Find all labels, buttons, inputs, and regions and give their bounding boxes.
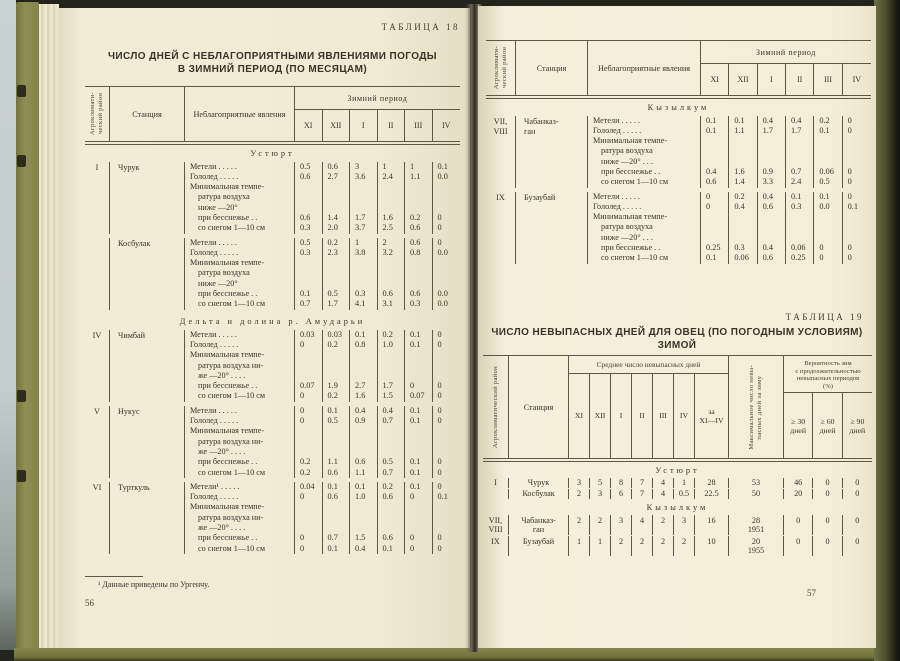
value-cell: 0.06 (729, 253, 757, 263)
month-header: I (350, 110, 378, 141)
value-cell: 3 (350, 162, 378, 172)
district-header: Агроклимати- ческий район (89, 92, 105, 135)
value-cell: 0.1 (729, 116, 757, 126)
avg-value-cell: 2 (632, 536, 653, 556)
value-cell: 0.4 (729, 202, 757, 212)
month-header: IV (433, 110, 461, 141)
value-cell: 0.03 (295, 330, 323, 340)
book-cover-right (874, 0, 900, 661)
value-cell: 0.6 (295, 213, 323, 223)
value-cell: 1.7 (378, 381, 406, 391)
value-cell (350, 426, 378, 457)
phenomenon-label: при бесснежье . . (593, 167, 700, 177)
phenomenon-label: Метели . . . . . (190, 162, 294, 172)
phenomenon-label: же —20° . . . . (190, 371, 294, 381)
value-cell: 0.5 (295, 238, 323, 248)
value-cell: 2.7 (323, 172, 351, 182)
phenomenon-cell: Гололед . . . . . (185, 416, 295, 426)
probability-cell: 0 (813, 489, 842, 499)
max-days-cell: 281951 (729, 515, 784, 535)
winter-period-header: Зимний период (295, 87, 460, 110)
value-cell: 0.5 (323, 289, 351, 299)
phenomenon-label: Гололед . . . . . (190, 340, 294, 350)
page-number-left: 56 (85, 598, 94, 608)
probability-cell: 0 (813, 478, 842, 488)
phenomenon-cell: Гололед . . . . . (588, 126, 701, 136)
station-row: VII,VIIIЧабанказ-ган22342316281951000 (483, 515, 872, 535)
phenomenon-cell: при бесснежье . . (185, 289, 295, 299)
station-cell: Чабанказ-ган (516, 116, 588, 188)
value-cell: 0 (814, 253, 842, 263)
district-label: VIII (486, 127, 515, 137)
value-cell: 0 (433, 533, 461, 543)
value-cell: 0 (843, 192, 871, 202)
value-cell (405, 502, 433, 533)
prob-unit: дней (849, 426, 865, 435)
value-cell: 0.7 (378, 468, 406, 478)
value-cell (378, 182, 406, 213)
station-row: IЧурук35874128534600 (483, 478, 872, 488)
value-cell: 1 (405, 162, 433, 172)
avg-value-cell: 2 (674, 536, 695, 556)
month-headers: XI XII I II III IV (701, 64, 871, 95)
station-label: ган (524, 127, 587, 137)
avg-value-cell: 7 (632, 489, 653, 499)
value-cell (378, 426, 406, 457)
value-cell: 0.5 (378, 457, 406, 467)
probability-cell: 0 (813, 536, 842, 556)
prob-60-header: ≥ 60 дней (813, 393, 842, 458)
spine-stitch (17, 155, 26, 167)
phenomenon-label: ратура воздуха (593, 146, 700, 156)
max-days-value: 53 (729, 478, 783, 488)
value-cell (295, 426, 323, 457)
value-cell: 0.06 (814, 167, 842, 177)
phenomenon-cell: со снегом 1—10 см (185, 299, 295, 309)
value-cell: 2.4 (786, 177, 814, 187)
avg-days-group: Среднее число невыпасных дней XI XII I I… (569, 356, 729, 458)
phenomena-row: Метели . . . . .0.50.63110.1 (185, 162, 460, 172)
phenomenon-label: Гололед . . . . . (190, 248, 294, 258)
value-cell: 0.9 (758, 167, 786, 177)
value-cell: 0.4 (786, 116, 814, 126)
phenomenon-cell: со снегом 1—10 см (185, 544, 295, 554)
station-header: Станция (509, 356, 569, 458)
phenomenon-label: ниже —20° (190, 279, 294, 289)
avg-value-cell: 2 (611, 536, 632, 556)
value-cell: 1.7 (786, 126, 814, 136)
avg-value-cell: 2 (569, 515, 590, 535)
max-year-label: 1951 (729, 525, 783, 535)
value-cell (433, 182, 461, 213)
value-cell: 0.1 (405, 340, 433, 350)
district-cell: VII,VIII (483, 515, 509, 535)
phenomenon-label: при бесснежье . . (593, 243, 700, 253)
section-heading: Устюрт (85, 146, 460, 160)
section-heading: Дельта и долина р. Амударьи (85, 314, 460, 328)
right-page: Агроклимати- ческий район Станция Неблаг… (478, 6, 876, 648)
value-cell: 0.25 (786, 253, 814, 263)
value-cell (295, 502, 323, 533)
station-label: Косбулак (509, 489, 568, 499)
value-cell: 0 (433, 330, 461, 340)
prob-threshold: ≥ 90 (850, 417, 864, 426)
phenomenon-cell: Метели . . . . . (185, 330, 295, 340)
phenomena-header: Неблагоприятные явления (185, 87, 295, 141)
prob-unit: дней (790, 426, 806, 435)
month-header: XII (729, 64, 757, 95)
phenomena-row: со снегом 1—10 см0.71.74.13.10.30.0 (185, 299, 460, 309)
value-cell (786, 136, 814, 167)
district-label: VII, (486, 117, 515, 127)
table-18: Агроклимати- ческий район Станция Неблаг… (85, 86, 460, 558)
value-cell (433, 258, 461, 289)
value-cell: 0.1 (843, 202, 871, 212)
value-cell: 0 (843, 243, 871, 253)
value-cell: 0.8 (350, 340, 378, 350)
avg-value-cell: 7 (632, 478, 653, 488)
phenomenon-cell: Минимальная темпе-ратура воздуханиже —20… (185, 258, 295, 289)
value-cell: 1.7 (758, 126, 786, 136)
value-cell: 0.3 (729, 243, 757, 253)
table-18-continued: Агроклимати- ческий район Станция Неблаг… (486, 40, 871, 268)
value-cell: 0.6 (378, 289, 406, 299)
value-cell: 0 (433, 213, 461, 223)
value-cell: 0.6 (405, 238, 433, 248)
value-cell: 0.2 (323, 238, 351, 248)
value-cell: 2.7 (350, 381, 378, 391)
month-header: III (653, 374, 674, 458)
value-cell: 2.5 (378, 223, 406, 233)
value-cell (786, 212, 814, 243)
value-cell (405, 426, 433, 457)
phenomenon-label: при бесснежье . . (190, 533, 294, 543)
value-cell: 0.1 (701, 116, 729, 126)
value-cell: 0.1 (323, 406, 351, 416)
phenomenon-label: ниже —20° (190, 203, 294, 213)
station-cell: Бузаубай (509, 536, 569, 556)
value-cell: 0.1 (350, 330, 378, 340)
value-cell: 0.6 (323, 492, 351, 502)
value-cell (405, 182, 433, 213)
phenomena-row: при бесснежье . .00.71.50.600 (185, 533, 460, 543)
probability-cell: 0 (843, 478, 872, 488)
phenomenon-label: Минимальная темпе- (190, 350, 294, 360)
value-cell: 0.1 (378, 544, 406, 554)
value-cell (843, 136, 871, 167)
phenomena-rows: Метели . . . . .0.030.030.10.20.10Гололе… (185, 330, 460, 402)
value-cell: 1.6 (729, 167, 757, 177)
station-label: Чабанказ- (509, 516, 568, 526)
district-label: I (85, 163, 109, 173)
footnote-rule (85, 576, 143, 577)
probability-group: Вероятность зим с продолжительностью нев… (784, 356, 872, 458)
phenomenon-label: при бесснежье . . (190, 457, 294, 467)
district-header-line: Агроклимати- (493, 46, 501, 89)
value-cell: 0 (295, 416, 323, 426)
month-header: III (405, 110, 433, 141)
phenomena-row: Метели¹ . . . . .0.040.10.10.20.10 (185, 482, 460, 492)
value-cell: 1.7 (323, 299, 351, 309)
winter-period-group: Зимний период XI XII I II III IV (701, 41, 871, 95)
value-cell: 0.0 (433, 248, 461, 258)
probability-cell: 46 (784, 478, 813, 488)
value-cell: 1.7 (350, 213, 378, 223)
value-cell (350, 182, 378, 213)
avg-value-cell: 0.5 (674, 489, 695, 499)
value-cell: 1.4 (729, 177, 757, 187)
value-cell: 0.1 (405, 482, 433, 492)
spine-stitch (17, 390, 26, 402)
avg-value-cell: 1 (674, 478, 695, 488)
phenomena-row: Гололед . . . . .00.61.00.600.1 (185, 492, 460, 502)
phenomena-header: Неблагоприятные явления (588, 41, 701, 95)
phenomenon-label: со снегом 1—10 см (190, 544, 294, 554)
month-header: I (611, 374, 632, 458)
district-header: Агроклиматический район (492, 366, 500, 448)
station-group: VНукусМетели . . . . .00.10.40.40.10Голо… (85, 406, 460, 478)
prob-unit: дней (820, 426, 836, 435)
probability-cell: 0 (784, 515, 813, 535)
value-cell: 3.3 (758, 177, 786, 187)
phenomena-row: Минимальная темпе-ратура воздуханиже —20… (185, 258, 460, 289)
station-cell: Чурук (110, 162, 185, 234)
avg-value-cell: 1 (569, 536, 590, 556)
value-cell: 0.6 (405, 223, 433, 233)
station-header: Станция (110, 87, 185, 141)
month-header: I (758, 64, 786, 95)
book-edge-left (0, 0, 16, 650)
phenomena-row: Минимальная темпе-ратура воздуханиже —20… (588, 136, 871, 167)
district-header-line: ческий район (501, 46, 509, 89)
avg-value-cell: 4 (653, 478, 674, 488)
table-19-header: Агроклиматический район Станция Среднее … (483, 355, 872, 459)
book-cover-bottom (14, 648, 882, 661)
value-cell: 0.6 (758, 202, 786, 212)
station-group: VIТурткульМетели¹ . . . . .0.040.10.10.2… (85, 482, 460, 554)
value-cell: 0 (405, 544, 433, 554)
month-header: II (632, 374, 653, 458)
phenomena-row: со снегом 1—10 см0.61.43.32.40.50 (588, 177, 871, 187)
station-label: Бузаубай (524, 193, 587, 203)
max-year-label: 1955 (729, 546, 783, 556)
district-cell: I (85, 162, 110, 234)
station-group: IVЧимбайМетели . . . . .0.030.030.10.20.… (85, 330, 460, 402)
district-header: Агроклимати- ческий район (493, 46, 509, 89)
value-cell: 1.1 (405, 172, 433, 182)
value-cell: 1.5 (350, 533, 378, 543)
value-cell: 0 (295, 391, 323, 401)
phenomenon-cell: при бесснежье . . (185, 213, 295, 223)
page-edges (39, 4, 59, 650)
phenomenon-label: со снегом 1—10 см (190, 468, 294, 478)
district-cell (483, 489, 509, 499)
phenomenon-label: Метели . . . . . (190, 406, 294, 416)
phenomenon-label: Гололед . . . . . (593, 126, 700, 136)
phenomenon-label: Гололед . . . . . (593, 202, 700, 212)
max-days-cell: 50 (729, 489, 784, 499)
probability-label-line: невыпасных периодов (786, 375, 870, 383)
phenomenon-cell: Минимальная темпе-ратура воздуханиже —20… (185, 182, 295, 213)
phenomena-row: Минимальная темпе-ратура воздуханиже —20… (588, 212, 871, 243)
phenomena-row: Метели . . . . .0.50.2120.60 (185, 238, 460, 248)
station-group: IXБузаубайМетели . . . . .00.20.40.10.10… (486, 192, 871, 264)
phenomenon-cell: при бесснежье . . (185, 381, 295, 391)
value-cell: 2.3 (323, 248, 351, 258)
avg-value-cell: 3 (674, 515, 695, 535)
phenomenon-label: Гололед . . . . . (190, 492, 294, 502)
value-cell (405, 258, 433, 289)
district-header-cell: Агроклимати- ческий район (85, 87, 110, 141)
phenomena-row: Минимальная темпе-ратура воздуха ни-же —… (185, 350, 460, 381)
value-cell (758, 136, 786, 167)
station-group: КосбулакМетели . . . . .0.50.2120.60Голо… (85, 238, 460, 310)
avg-value-cell: 1 (590, 536, 611, 556)
value-cell: 0 (843, 167, 871, 177)
phenomena-rows: Метели . . . . .00.10.40.40.10Гололед . … (185, 406, 460, 478)
max-days-header-line: Максимальное число невы- (748, 365, 756, 450)
value-cell: 1.1 (350, 468, 378, 478)
book-spine (16, 2, 39, 654)
avg-value-cell: 6 (611, 489, 632, 499)
month-header: XI (295, 110, 323, 141)
value-cell: 0.6 (323, 162, 351, 172)
value-cell: 0 (701, 192, 729, 202)
value-cell: 0.0 (433, 172, 461, 182)
district-label: V (85, 407, 109, 417)
station-label: Косбулак (118, 239, 184, 249)
value-cell: 0 (433, 381, 461, 391)
value-cell: 0.6 (378, 492, 406, 502)
table-19-title-line1: ЧИСЛО НЕВЫПАСНЫХ ДНЕЙ ДЛЯ ОВЕЦ (ПО ПОГОД… (480, 326, 874, 339)
section-heading: Кызылкум (486, 100, 871, 114)
table-18-title-line1: ЧИСЛО ДНЕЙ С НЕБЛАГОПРИЯТНЫМИ ЯВЛЕНИЯМИ … (85, 50, 460, 63)
phenomenon-label: ратура воздуха ни- (190, 361, 294, 371)
value-cell: 0.1 (433, 492, 461, 502)
phenomenon-label: Минимальная темпе- (593, 136, 700, 146)
phenomenon-cell: со снегом 1—10 см (185, 468, 295, 478)
value-cell (814, 212, 842, 243)
phenomenon-cell: при бесснежье . . (185, 457, 295, 467)
phenomenon-label: при бесснежье . . (190, 213, 294, 223)
value-cell: 0 (843, 253, 871, 263)
phenomena-row: Метели . . . . .0.10.10.40.40.20 (588, 116, 871, 126)
table-18-title: ЧИСЛО ДНЕЙ С НЕБЛАГОПРИЯТНЫМИ ЯВЛЕНИЯМИ … (85, 50, 460, 76)
value-cell: 0 (433, 340, 461, 350)
phenomena-row: при бесснежье . .0.10.50.30.60.60.0 (185, 289, 460, 299)
phenomena-row: при бесснежье . .0.21.10.60.50.10 (185, 457, 460, 467)
value-cell: 0.5 (814, 177, 842, 187)
phenomenon-cell: Метели . . . . . (185, 162, 295, 172)
value-cell: 0.6 (350, 457, 378, 467)
phenomenon-label: ратура воздуха ни- (190, 513, 294, 523)
station-group: IЧурукМетели . . . . .0.50.63110.1Гололе… (85, 162, 460, 234)
phenomenon-cell: при бесснежье . . (185, 533, 295, 543)
avg-value-cell: 2 (653, 515, 674, 535)
table-18-continued-body: КызылкумVII,VIIIЧабанказ-ганМетели . . .… (486, 98, 871, 264)
district-label: I (483, 478, 508, 488)
max-days-header: Максимальное число невы- пасных дней за … (748, 365, 764, 450)
phenomenon-cell: Минимальная темпе-ратура воздуханиже —20… (588, 136, 701, 167)
value-cell: 0.1 (786, 192, 814, 202)
station-cell: Бузаубай (516, 192, 588, 264)
phenomenon-cell: Метели . . . . . (588, 116, 701, 126)
phenomenon-label: Гололед . . . . . (190, 416, 294, 426)
table-19-body: УстюртIЧурук35874128534600Косбулак236740… (483, 461, 872, 557)
phenomena-row: при бесснежье . .0.250.30.40.0600 (588, 243, 871, 253)
max-days-header-line: пасных дней за зиму (756, 365, 764, 450)
district-label: IX (486, 193, 515, 203)
max-days-value: 28 (729, 516, 783, 526)
season-total-cell: 10 (695, 536, 729, 556)
value-cell: 0.1 (701, 253, 729, 263)
district-cell: IX (483, 536, 509, 556)
station-cell: Косбулак (509, 489, 569, 499)
value-cell: 0.1 (405, 416, 433, 426)
phenomena-row: со снегом 1—10 см00.21.61.50.070 (185, 391, 460, 401)
month-header: XI (701, 64, 729, 95)
phenomenon-label: ниже —20° . . . (593, 157, 700, 167)
value-cell: 0 (814, 243, 842, 253)
value-cell (378, 350, 406, 381)
avg-value-cell: 2 (590, 515, 611, 535)
table-19: Агроклиматический район Станция Среднее … (483, 355, 872, 557)
max-days-value: 20 (729, 537, 783, 547)
season-total-line: за (708, 407, 715, 416)
phenomenon-cell: со снегом 1—10 см (185, 391, 295, 401)
value-cell: 0.1 (814, 126, 842, 136)
value-cell: 0.2 (729, 192, 757, 202)
value-cell: 0.07 (405, 391, 433, 401)
phenomenon-label: Метели . . . . . (190, 330, 294, 340)
value-cell: 0.1 (405, 457, 433, 467)
table-18-label: ТАБЛИЦА 18 (382, 22, 460, 32)
phenomenon-label: Гололед . . . . . (190, 172, 294, 182)
value-cell: 1.4 (323, 213, 351, 223)
value-cell (295, 258, 323, 289)
value-cell: 1.1 (323, 457, 351, 467)
avg-value-cell: 3 (569, 478, 590, 488)
winter-period-header: Зимний период (701, 41, 871, 64)
value-cell: 0.1 (405, 406, 433, 416)
value-cell (323, 350, 351, 381)
phenomenon-label: Минимальная темпе- (190, 182, 294, 192)
value-cell: 0.25 (701, 243, 729, 253)
probability-cell: 0 (813, 515, 842, 535)
value-cell: 3.8 (350, 248, 378, 258)
phenomena-row: Минимальная темпе-ратура воздуха ни-же —… (185, 426, 460, 457)
value-cell: 0.6 (701, 177, 729, 187)
phenomenon-label: Минимальная темпе- (190, 258, 294, 268)
probability-cell: 0 (843, 515, 872, 535)
value-cell (405, 350, 433, 381)
district-label: VII, (483, 516, 508, 526)
value-cell: 0 (295, 533, 323, 543)
value-cell: 0.3 (786, 202, 814, 212)
value-cell: 0 (405, 381, 433, 391)
left-page: ТАБЛИЦА 18 ЧИСЛО ДНЕЙ С НЕБЛАГОПРИЯТНЫМИ… (58, 8, 470, 648)
phenomena-rows: Метели . . . . .0.50.63110.1Гололед . . … (185, 162, 460, 234)
probability-cell: 0 (843, 536, 872, 556)
district-cell: VI (85, 482, 110, 554)
value-cell: 0.1 (323, 544, 351, 554)
value-cell: 0 (433, 406, 461, 416)
value-cell: 0 (843, 126, 871, 136)
value-cell: 0 (433, 457, 461, 467)
phenomenon-cell: Метели¹ . . . . . (185, 482, 295, 492)
value-cell: 1.0 (378, 340, 406, 350)
district-header-cell: Агроклиматический район (483, 356, 509, 458)
